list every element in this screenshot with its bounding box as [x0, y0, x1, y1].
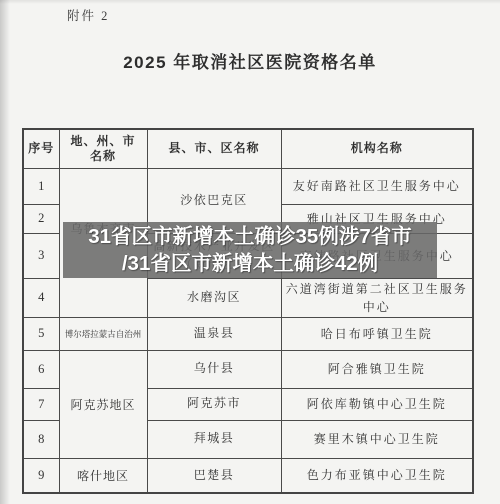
row-number-cell: 7: [23, 388, 59, 420]
county-cell: 水磨沟区: [147, 278, 281, 317]
news-caption-overlay: 31省区市新增本土确诊35例涉7省市 /31省区市新增本土确诊42例: [63, 222, 437, 278]
table-row: 9喀什地区巴楚县色力布亚镇中心卫生院: [23, 458, 473, 493]
org-cell: 赛里木镇中心卫生院: [281, 420, 473, 458]
county-cell: 乌什县: [147, 350, 281, 388]
caption-line-2: /31省区市新增本土确诊42例: [122, 250, 378, 277]
prefecture-cell: 喀什地区: [59, 458, 147, 493]
scanned-document-page: 附件 2 2025 年取消社区医院资格名单 序号地、州、市 名称县、市、区名称机…: [0, 0, 500, 504]
prefecture-cell: 阿克苏地区: [59, 350, 147, 458]
table-row: 1乌鲁木齐市沙依巴克区友好南路社区卫生服务中心: [23, 168, 473, 204]
county-cell: 拜城县: [147, 420, 281, 458]
table-row: 6阿克苏地区乌什县阿合雅镇卫生院: [23, 350, 473, 388]
org-cell: 六道湾街道第二社区卫生服务中心: [281, 278, 473, 317]
org-cell: 友好南路社区卫生服务中心: [281, 168, 473, 204]
org-cell: 哈日布呼镇卫生院: [281, 317, 473, 350]
row-number-cell: 9: [23, 458, 59, 493]
org-cell: 色力布亚镇中心卫生院: [281, 458, 473, 493]
cancelled-hospital-table: 序号地、州、市 名称县、市、区名称机构名称 1乌鲁木齐市沙依巴克区友好南路社区卫…: [22, 128, 474, 494]
table-header-row: 序号地、州、市 名称县、市、区名称机构名称: [23, 129, 473, 168]
column-header-0: 序号: [23, 129, 59, 168]
page-title: 2025 年取消社区医院资格名单: [0, 48, 500, 73]
table-row: 5博尔塔拉蒙古自治州温泉县哈日布呼镇卫生院: [23, 317, 473, 350]
county-cell: 温泉县: [147, 317, 281, 350]
county-cell: 阿克苏市: [147, 388, 281, 420]
attachment-label: 附件 2: [67, 6, 109, 24]
scan-edge-shadow-top: [0, 0, 500, 4]
caption-line-1: 31省区市新增本土确诊35例涉7省市: [88, 223, 412, 250]
row-number-cell: 3: [23, 233, 59, 278]
column-header-2: 县、市、区名称: [147, 129, 281, 168]
org-cell: 阿依库勒镇中心卫生院: [281, 388, 473, 420]
prefecture-cell: 博尔塔拉蒙古自治州: [59, 317, 147, 350]
county-cell: 巴楚县: [147, 458, 281, 493]
scan-edge-shadow-left: [0, 0, 10, 504]
row-number-cell: 6: [23, 350, 59, 388]
column-header-1: 地、州、市 名称: [59, 129, 147, 168]
row-number-cell: 5: [23, 317, 59, 350]
row-number-cell: 1: [23, 168, 59, 204]
column-header-3: 机构名称: [281, 129, 473, 168]
org-cell: 阿合雅镇卫生院: [281, 350, 473, 388]
row-number-cell: 2: [23, 204, 59, 233]
row-number-cell: 4: [23, 278, 59, 317]
row-number-cell: 8: [23, 420, 59, 458]
